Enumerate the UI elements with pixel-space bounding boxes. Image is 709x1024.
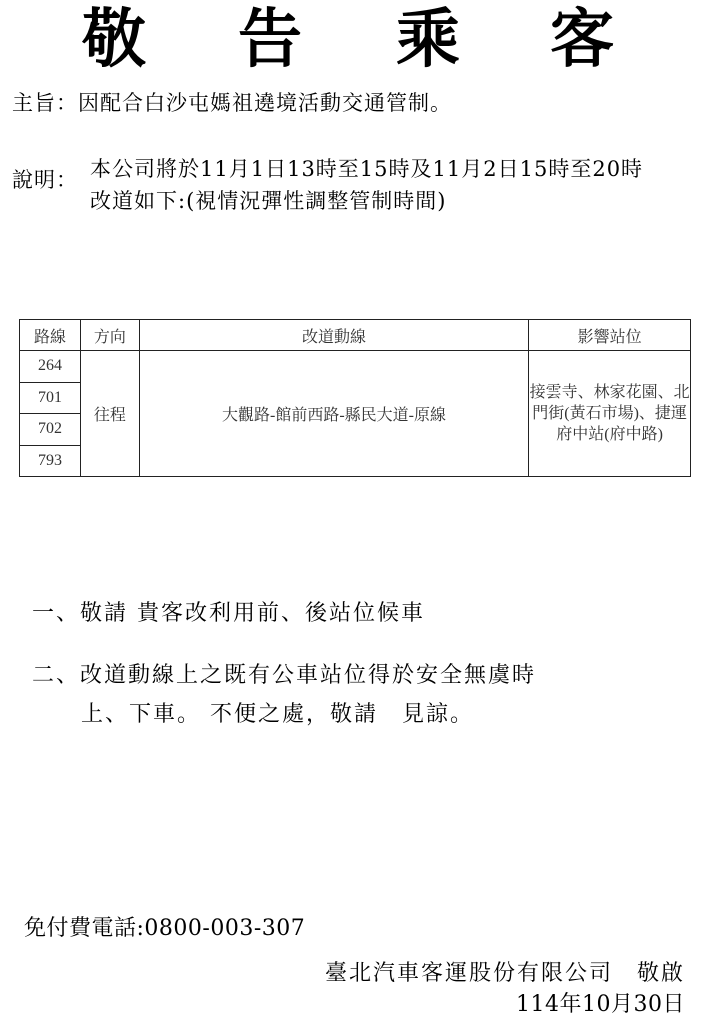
hotline-number: 0800-003-307 — [144, 916, 305, 941]
direction-cell: 往程 — [80, 351, 139, 477]
note-2-text-line-1: 改道動線上之既有公車站位得於安全無虞時 — [80, 663, 536, 688]
title-char-1: 敬 — [78, 4, 150, 76]
header-affected-stops: 影響站位 — [529, 320, 691, 351]
note-1-text: 敬請 貴客改利用前、後站位候車 — [80, 601, 425, 626]
hotline: 免付費電話:0800-003-307 — [24, 916, 305, 942]
note-1: 一、敬請 貴客改利用前、後站位候車 — [32, 601, 425, 627]
title-char-3: 乘 — [392, 4, 464, 76]
explanation-line-1: 本公司將於11月1日13時至15時及11月2日15時至20時 — [90, 157, 643, 181]
header-route: 路線 — [20, 320, 81, 351]
explanation-line-2: 改道如下:(視情況彈性調整管制時間) — [90, 189, 446, 213]
note-2: 二、改道動線上之既有公車站位得於安全無虞時 — [32, 663, 536, 689]
route-cell: 701 — [20, 382, 81, 414]
title-char-4: 客 — [546, 4, 618, 76]
notice-date: 114年10月30日 — [516, 992, 685, 1018]
explanation-label: 說明： — [12, 168, 78, 192]
table-row: 264 往程 大觀路-館前西路-縣民大道-原線 接雲寺、林家花園、北門街(黃石市… — [20, 351, 691, 383]
route-cell: 793 — [20, 445, 81, 477]
affected-stops-cell: 接雲寺、林家花園、北門街(黃石市場)、捷運府中站(府中路) — [529, 351, 691, 477]
hotline-label: 免付費電話: — [24, 916, 144, 941]
route-cell: 264 — [20, 351, 81, 383]
header-detour: 改道動線 — [139, 320, 528, 351]
table-header-row: 路線 方向 改道動線 影響站位 — [20, 320, 691, 351]
subject-label: 主旨： — [12, 91, 78, 115]
note-2-text-line-2: 上、下車。 不便之處，敬請 見諒。 — [81, 702, 474, 728]
header-direction: 方向 — [80, 320, 139, 351]
subject-line: 主旨：因配合白沙屯媽祖遶境活動交通管制。 — [12, 91, 452, 115]
company-signature: 臺北汽車客運股份有限公司 敬啟 — [325, 961, 685, 987]
detour-table: 路線 方向 改道動線 影響站位 264 往程 大觀路-館前西路-縣民大道-原線 … — [19, 319, 691, 477]
note-2-marker: 二、 — [32, 663, 80, 688]
note-1-marker: 一、 — [32, 601, 80, 626]
subject-text: 因配合白沙屯媽祖遶境活動交通管制。 — [78, 91, 452, 115]
route-cell: 702 — [20, 414, 81, 446]
title-char-2: 告 — [234, 4, 306, 76]
detour-cell: 大觀路-館前西路-縣民大道-原線 — [139, 351, 528, 477]
